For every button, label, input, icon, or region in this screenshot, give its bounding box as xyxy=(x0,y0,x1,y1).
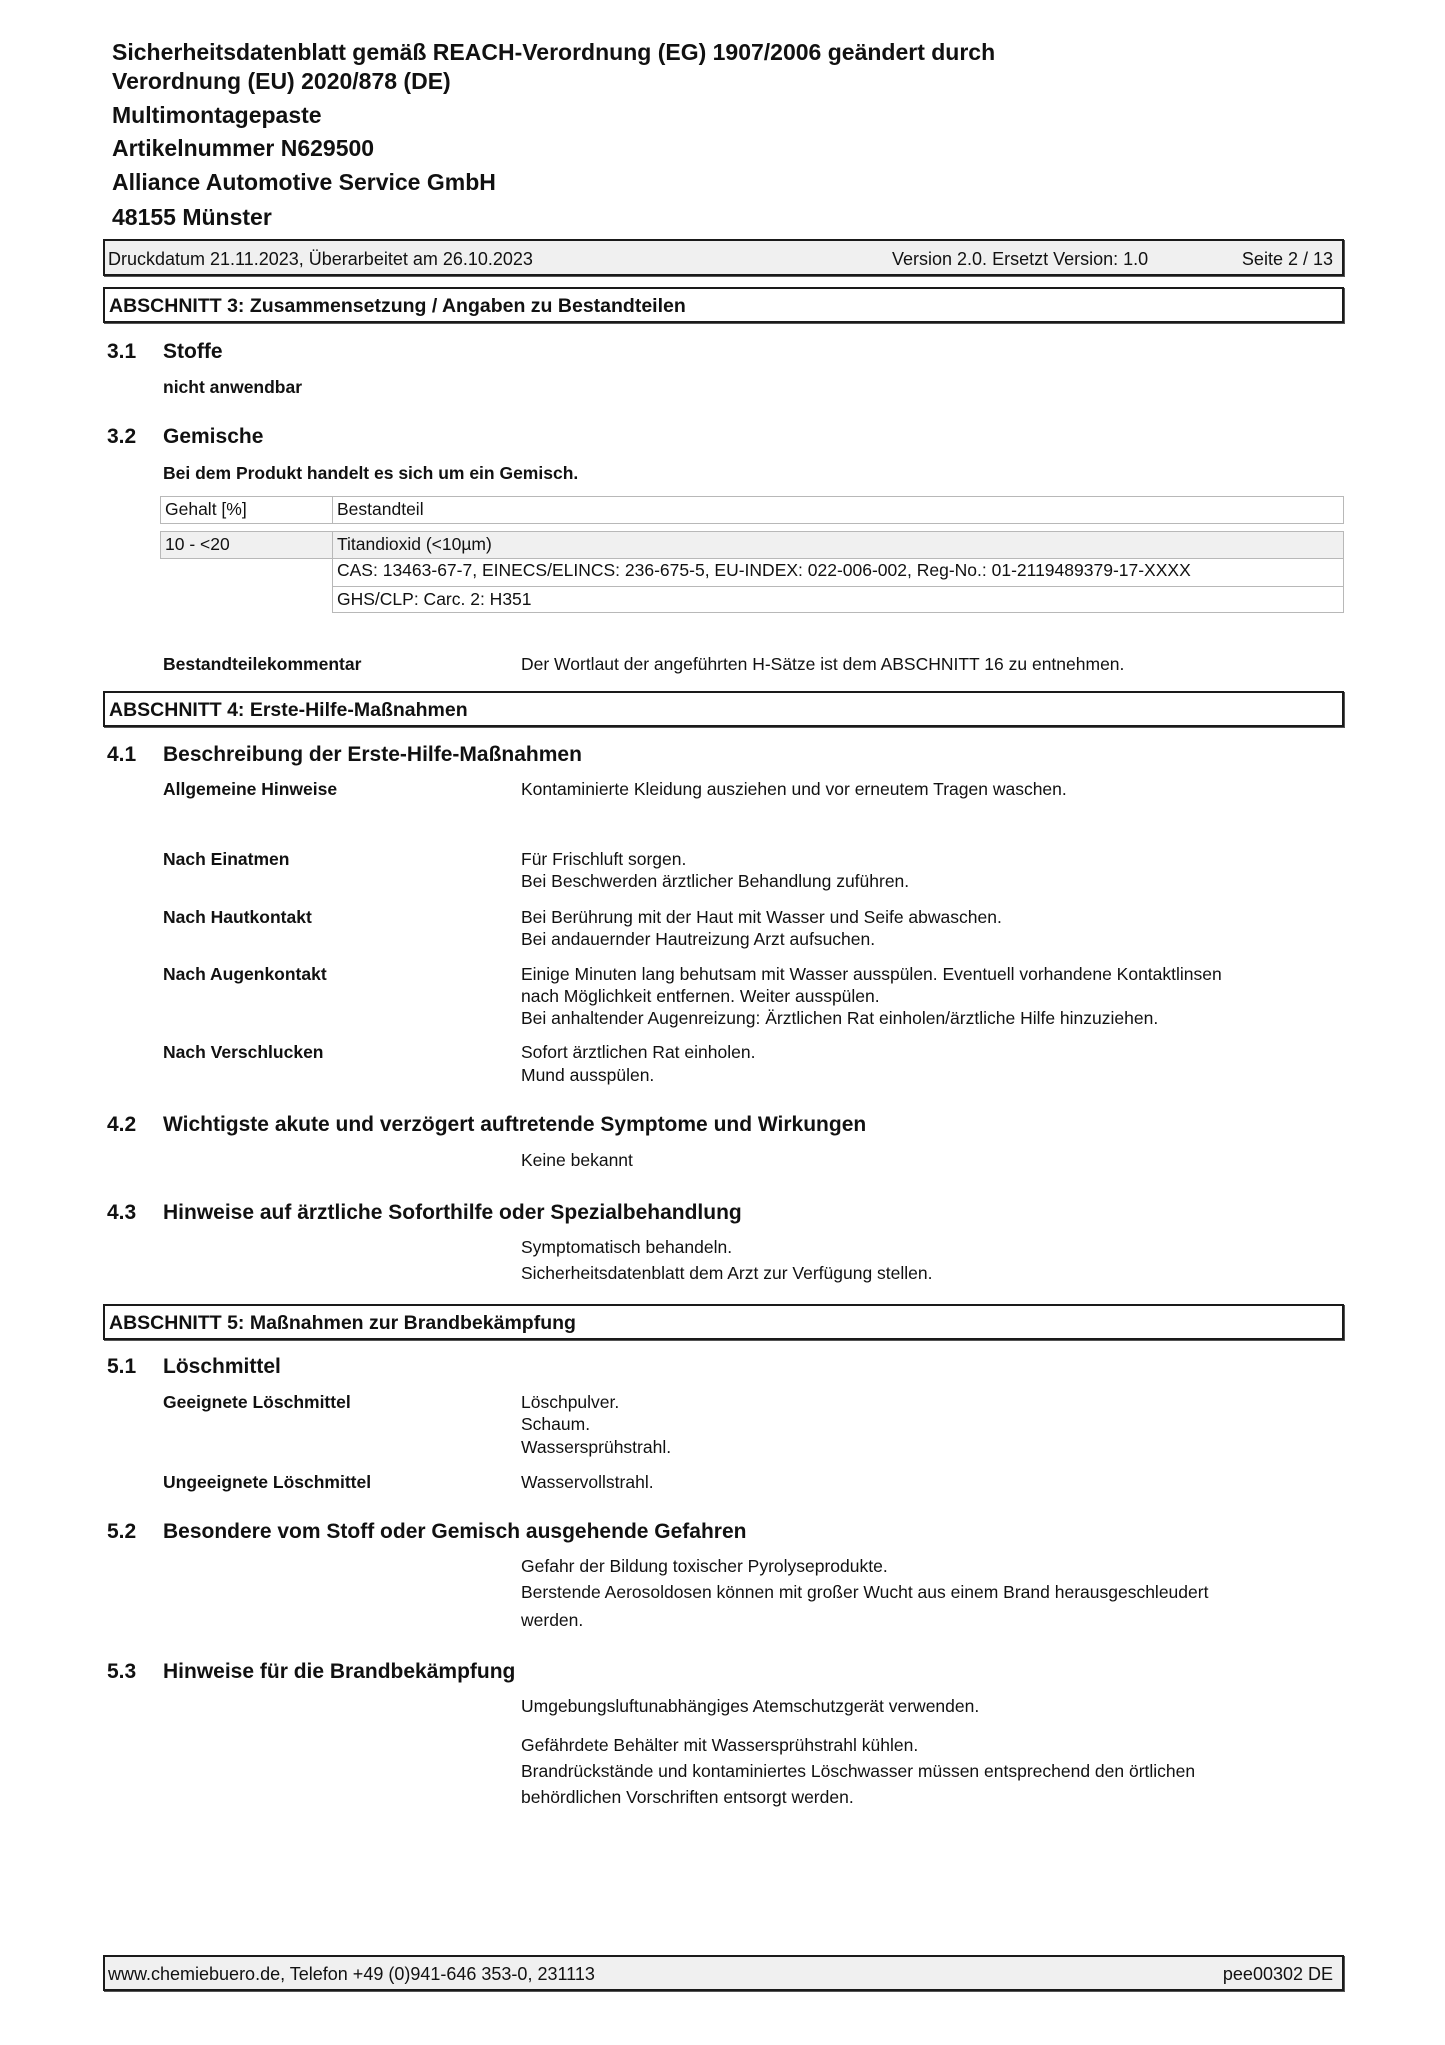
symptoms-text: Keine bekannt xyxy=(521,1149,633,1171)
subsection-3-1-number: 3.1 xyxy=(107,339,136,365)
suitable-media-label: Geeignete Löschmittel xyxy=(163,1391,351,1413)
suitable-media-text-3: Wassersprühstrahl. xyxy=(521,1436,671,1458)
component-comment-text: Der Wortlaut der angeführten H-Sätze ist… xyxy=(521,653,1124,675)
header-bar: Druckdatum 21.11.2023, Überarbeitet am 2… xyxy=(103,239,1344,276)
eye-contact-text-1: Einige Minuten lang behutsam mit Wasser … xyxy=(521,963,1222,985)
section-3-header: ABSCHNITT 3: Zusammensetzung / Angaben z… xyxy=(103,287,1344,323)
special-hazards-text-2: Berstende Aerosoldosen können mit großer… xyxy=(521,1581,1208,1603)
section-5-title: ABSCHNITT 5: Maßnahmen zur Brandbekämpfu… xyxy=(109,1311,576,1335)
table-cell-identifiers: CAS: 13463-67-7, EINECS/ELINCS: 236-675-… xyxy=(332,558,1344,587)
ingestion-text-2: Mund ausspülen. xyxy=(521,1064,654,1086)
special-hazards-text-3: werden. xyxy=(521,1609,583,1631)
medical-treatment-text-2: Sicherheitsdatenblatt dem Arzt zur Verfü… xyxy=(521,1262,933,1284)
subsection-4-1-number: 4.1 xyxy=(107,742,136,768)
general-advice-label: Allgemeine Hinweise xyxy=(163,778,337,800)
subsection-4-2-title: Wichtigste akute und verzögert auftreten… xyxy=(163,1112,866,1138)
document-title-line2: Verordnung (EU) 2020/878 (DE) xyxy=(112,67,451,95)
section-4-title: ABSCHNITT 4: Erste-Hilfe-Maßnahmen xyxy=(109,698,468,722)
unsuitable-media-label: Ungeeignete Löschmittel xyxy=(163,1471,371,1493)
suitable-media-text-1: Löschpulver. xyxy=(521,1391,619,1413)
table-cell-classification: GHS/CLP: Carc. 2: H351 xyxy=(332,586,1344,613)
inhalation-label: Nach Einatmen xyxy=(163,848,289,870)
table-cell-content: 10 - <20 xyxy=(160,531,333,559)
subsection-5-3-number: 5.3 xyxy=(107,1659,136,1685)
section-4-header: ABSCHNITT 4: Erste-Hilfe-Maßnahmen xyxy=(103,691,1344,727)
subsection-4-3-number: 4.3 xyxy=(107,1200,136,1226)
component-comment-label: Bestandteilekommentar xyxy=(163,653,361,675)
footer-contact: www.chemiebuero.de, Telefon +49 (0)941-6… xyxy=(108,1963,595,1985)
table-cell-component-name: Titandioxid (<10µm) xyxy=(332,531,1344,559)
footer-bar: www.chemiebuero.de, Telefon +49 (0)941-6… xyxy=(103,1955,1344,1991)
inhalation-text-1: Für Frischluft sorgen. xyxy=(521,848,686,870)
skin-contact-text-2: Bei andauernder Hautreizung Arzt aufsuch… xyxy=(521,928,875,950)
suitable-media-text-2: Schaum. xyxy=(521,1413,590,1435)
subsection-5-2-title: Besondere vom Stoff oder Gemisch ausgehe… xyxy=(163,1519,746,1545)
page-number: Seite 2 / 13 xyxy=(1242,248,1333,270)
ingestion-label: Nach Verschlucken xyxy=(163,1041,324,1063)
article-number: Artikelnummer N629500 xyxy=(112,134,374,162)
subsection-4-3-title: Hinweise auf ärztliche Soforthilfe oder … xyxy=(163,1200,742,1226)
ingestion-text-1: Sofort ärztlichen Rat einholen. xyxy=(521,1041,755,1063)
unsuitable-media-text: Wasservollstrahl. xyxy=(521,1471,654,1493)
subsection-5-2-number: 5.2 xyxy=(107,1519,136,1545)
inhalation-text-2: Bei Beschwerden ärztlicher Behandlung zu… xyxy=(521,870,909,892)
mixture-note: Bei dem Produkt handelt es sich um ein G… xyxy=(163,462,578,484)
substances-note: nicht anwendbar xyxy=(163,376,302,398)
firefighter-advice-text-2: Gefährdete Behälter mit Wassersprühstrah… xyxy=(521,1734,918,1756)
section-5-header: ABSCHNITT 5: Maßnahmen zur Brandbekämpfu… xyxy=(103,1304,1344,1340)
document-title-line1: Sicherheitsdatenblatt gemäß REACH-Verord… xyxy=(112,38,995,66)
firefighter-advice-text-3: Brandrückstände und kontaminiertes Lösch… xyxy=(521,1760,1195,1782)
product-name: Multimontagepaste xyxy=(112,101,322,129)
eye-contact-label: Nach Augenkontakt xyxy=(163,963,327,985)
footer-document-code: pee00302 DE xyxy=(1223,1963,1333,1985)
section-3-title: ABSCHNITT 3: Zusammensetzung / Angaben z… xyxy=(109,294,686,318)
subsection-5-3-title: Hinweise für die Brandbekämpfung xyxy=(163,1659,515,1685)
table-header-component: Bestandteil xyxy=(332,496,1344,524)
subsection-3-2-title: Gemische xyxy=(163,424,263,450)
subsection-3-2-number: 3.2 xyxy=(107,424,136,450)
version-info: Version 2.0. Ersetzt Version: 1.0 xyxy=(892,248,1148,270)
subsection-4-1-title: Beschreibung der Erste-Hilfe-Maßnahmen xyxy=(163,742,582,768)
subsection-5-1-title: Löschmittel xyxy=(163,1354,281,1380)
special-hazards-text-1: Gefahr der Bildung toxischer Pyrolysepro… xyxy=(521,1555,888,1577)
firefighter-advice-text-1: Umgebungsluftunabhängiges Atemschutzgerä… xyxy=(521,1695,979,1717)
print-revision-dates: Druckdatum 21.11.2023, Überarbeitet am 2… xyxy=(108,248,533,270)
eye-contact-text-2: nach Möglichkeit entfernen. Weiter aussp… xyxy=(521,985,880,1007)
company-name: Alliance Automotive Service GmbH xyxy=(112,168,496,196)
subsection-4-2-number: 4.2 xyxy=(107,1112,136,1138)
skin-contact-label: Nach Hautkontakt xyxy=(163,906,312,928)
subsection-3-1-title: Stoffe xyxy=(163,339,223,365)
medical-treatment-text-1: Symptomatisch behandeln. xyxy=(521,1236,732,1258)
subsection-5-1-number: 5.1 xyxy=(107,1354,136,1380)
eye-contact-text-3: Bei anhaltender Augenreizung: Ärztlichen… xyxy=(521,1007,1158,1029)
table-header-content: Gehalt [%] xyxy=(160,496,333,524)
firefighter-advice-text-4: behördlichen Vorschriften entsorgt werde… xyxy=(521,1786,854,1808)
company-city: 48155 Münster xyxy=(112,203,272,231)
general-advice-text: Kontaminierte Kleidung ausziehen und vor… xyxy=(521,778,1067,800)
skin-contact-text-1: Bei Berührung mit der Haut mit Wasser un… xyxy=(521,906,1002,928)
